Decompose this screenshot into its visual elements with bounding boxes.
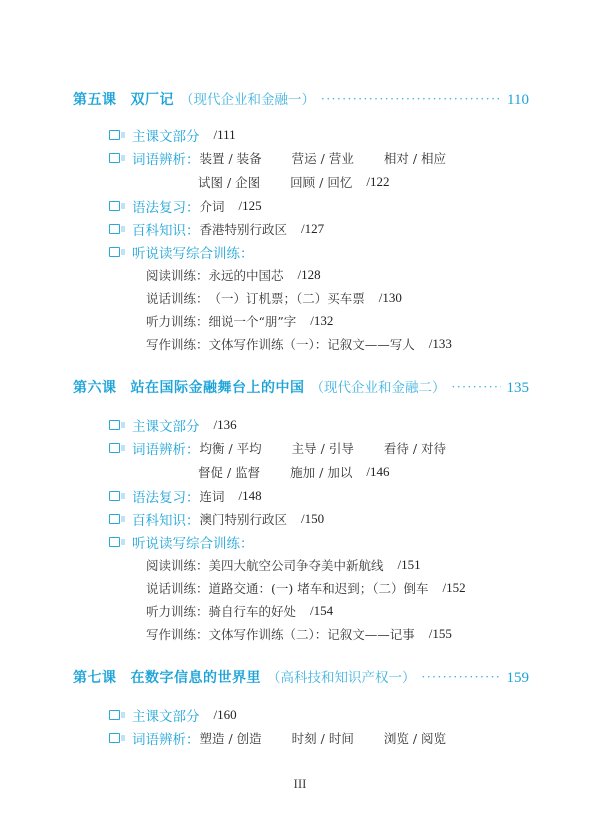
dot-leader: [422, 670, 501, 684]
word-pair: 营运 / 营业: [292, 149, 354, 167]
toc-item-encyclopedia[interactable]: 百科知识： 澳门特别行政区 /150: [109, 509, 324, 529]
item-page: /146: [366, 464, 389, 480]
lesson-heading-5[interactable]: 第五课 双厂记 （现代企业和金融一） 110: [73, 88, 529, 110]
item-label: 主课文部分: [132, 125, 200, 145]
toc-item-vocab[interactable]: 词语辨析： 塑造 / 创造 时刻 / 时间 浏览 / 阅览: [109, 728, 446, 748]
item-label: 词语辨析：: [132, 148, 200, 168]
exercise-text: （一）订机票；（二）买车票: [209, 289, 365, 307]
lesson-heading-6[interactable]: 第六课 站在国际金融舞台上的中国 （现代企业和金融二） 135: [73, 376, 529, 398]
item-page: /136: [214, 417, 237, 433]
exercise-listening[interactable]: 听力训练： 骑自行车的好处 /154: [146, 601, 333, 621]
exercise-listening[interactable]: 听力训练： 细说一个“朋”字 /132: [146, 311, 333, 331]
word-pair: 浏览 / 阅览: [384, 729, 446, 747]
exercise-page: /128: [298, 267, 321, 283]
checkbox-icon: [109, 247, 120, 257]
word-pair: 回顾 / 回忆: [290, 173, 352, 191]
item-label: 听说读写综合训练：: [132, 532, 254, 552]
item-page: /148: [239, 488, 262, 504]
toc-page: 第五课 双厂记 （现代企业和金融一） 110 主课文部分 /111 词语辨析： …: [0, 0, 600, 836]
checkbox-icon: [109, 224, 120, 234]
item-page: /111: [214, 127, 236, 143]
lesson-unit: （现代企业和金融一）: [180, 88, 315, 108]
lesson-page-number: 135: [507, 380, 530, 397]
word-pair: 施加 / 加以: [290, 463, 352, 481]
word-pair: 装置 / 装备: [200, 149, 262, 167]
exercise-text: 骑自行车的好处: [209, 602, 297, 620]
lesson-heading-7[interactable]: 第七课 在数字信息的世界里 （高科技和知识产权一） 159: [73, 666, 529, 688]
exercise-reading[interactable]: 阅读训练： 永远的中国芯 /128: [146, 265, 321, 285]
item-text: 香港特别行政区: [200, 220, 288, 238]
checkbox-icon: [109, 130, 120, 140]
word-pair: 督促 / 监督: [198, 463, 260, 481]
lesson-number: 第五课: [73, 89, 117, 109]
word-pair: 均衡 / 平均: [200, 439, 262, 457]
exercise-speaking[interactable]: 说话训练： （一）订机票；（二）买车票 /130: [146, 288, 402, 308]
lesson-title: 站在国际金融舞台上的中国: [131, 377, 305, 397]
exercise-reading[interactable]: 阅读训练： 美四大航空公司争夺美中新航线 /151: [146, 555, 421, 575]
exercise-text: 文体写作训练（二）：记叙文——记事: [209, 625, 415, 643]
exercise-label: 听力训练：: [146, 312, 209, 330]
word-pair: 塑造 / 创造: [200, 729, 262, 747]
item-label: 主课文部分: [132, 705, 200, 725]
checkbox-icon: [109, 710, 120, 720]
exercise-page: /133: [429, 336, 452, 352]
item-page: /122: [366, 174, 389, 190]
item-label: 百科知识：: [132, 509, 200, 529]
lesson-page-number: 159: [507, 670, 530, 687]
item-label: 词语辨析：: [132, 728, 200, 748]
item-label: 主课文部分: [132, 415, 200, 435]
toc-item-main-text[interactable]: 主课文部分 /111: [109, 125, 236, 145]
exercise-page: /130: [379, 290, 402, 306]
item-label: 百科知识：: [132, 219, 200, 239]
toc-item-main-text[interactable]: 主课文部分 /160: [109, 705, 237, 725]
toc-item-skills[interactable]: 听说读写综合训练：: [109, 242, 254, 262]
item-page: /160: [214, 707, 237, 723]
footer-page-number: III: [0, 776, 600, 792]
lesson-number: 第六课: [73, 377, 117, 397]
exercise-label: 说话训练：: [146, 579, 209, 597]
toc-item-encyclopedia[interactable]: 百科知识： 香港特别行政区 /127: [109, 219, 324, 239]
item-label: 词语辨析：: [132, 438, 200, 458]
item-page: /127: [301, 221, 324, 237]
word-pair: 时刻 / 时间: [292, 729, 354, 747]
toc-item-vocab[interactable]: 词语辨析： 均衡 / 平均 主导 / 引导 看待 / 对待: [109, 438, 446, 458]
exercise-text: 道路交通：(一) 堵车和迟到；（二）倒车: [209, 579, 429, 597]
checkbox-icon: [109, 201, 120, 211]
lesson-title: 在数字信息的世界里: [131, 667, 262, 687]
checkbox-icon: [109, 153, 120, 163]
exercise-label: 写作训练：: [146, 625, 209, 643]
checkbox-icon: [109, 443, 120, 453]
toc-item-skills[interactable]: 听说读写综合训练：: [109, 532, 254, 552]
exercise-label: 阅读训练：: [146, 266, 209, 284]
checkbox-icon: [109, 514, 120, 524]
exercise-text: 细说一个“朋”字: [209, 312, 297, 330]
word-pair: 试图 / 企图: [198, 173, 260, 191]
word-pair: 相对 / 相应: [384, 149, 446, 167]
exercise-writing[interactable]: 写作训练： 文体写作训练（二）：记叙文——记事 /155: [146, 624, 452, 644]
item-text: 介词: [200, 197, 225, 215]
lesson-page-number: 110: [507, 92, 529, 109]
toc-item-vocab-row2: 试图 / 企图 回顾 / 回忆 /122: [198, 172, 389, 192]
item-page: /125: [239, 198, 262, 214]
exercise-text: 永远的中国芯: [209, 266, 284, 284]
toc-item-vocab-row2: 督促 / 监督 施加 / 加以 /146: [198, 462, 389, 482]
toc-item-grammar[interactable]: 语法复习： 介词 /125: [109, 196, 262, 216]
exercise-page: /154: [310, 603, 333, 619]
checkbox-icon: [109, 491, 120, 501]
lesson-unit: （高科技和知识产权一）: [267, 666, 416, 686]
item-text: 澳门特别行政区: [200, 510, 288, 528]
checkbox-icon: [109, 420, 120, 430]
exercise-label: 说话训练：: [146, 289, 209, 307]
word-pair: 看待 / 对待: [384, 439, 446, 457]
exercise-writing[interactable]: 写作训练： 文体写作训练（一）：记叙文——写人 /133: [146, 334, 452, 354]
checkbox-icon: [109, 537, 120, 547]
exercise-speaking[interactable]: 说话训练： 道路交通：(一) 堵车和迟到；（二）倒车 /152: [146, 578, 466, 598]
exercise-page: /132: [310, 313, 333, 329]
exercise-label: 阅读训练：: [146, 556, 209, 574]
lesson-title: 双厂记: [131, 89, 175, 109]
exercise-text: 美四大航空公司争夺美中新航线: [209, 556, 384, 574]
checkbox-icon: [109, 733, 120, 743]
toc-item-vocab[interactable]: 词语辨析： 装置 / 装备 营运 / 营业 相对 / 相应: [109, 148, 446, 168]
item-label: 听说读写综合训练：: [132, 242, 254, 262]
item-label: 语法复习：: [132, 486, 200, 506]
toc-item-grammar[interactable]: 语法复习： 连词 /148: [109, 486, 262, 506]
exercise-page: /155: [429, 626, 452, 642]
item-label: 语法复习：: [132, 196, 200, 216]
dot-leader: [321, 92, 501, 106]
lesson-number: 第七课: [73, 667, 117, 687]
dot-leader: [452, 380, 501, 394]
exercise-page: /151: [398, 557, 421, 573]
exercise-page: /152: [443, 580, 466, 596]
exercise-text: 文体写作训练（一）：记叙文——写人: [209, 335, 415, 353]
exercise-label: 听力训练：: [146, 602, 209, 620]
word-pair: 主导 / 引导: [292, 439, 354, 457]
toc-item-main-text[interactable]: 主课文部分 /136: [109, 415, 237, 435]
item-page: /150: [301, 511, 324, 527]
exercise-label: 写作训练：: [146, 335, 209, 353]
item-text: 连词: [200, 487, 225, 505]
lesson-unit: （现代企业和金融二）: [311, 376, 446, 396]
